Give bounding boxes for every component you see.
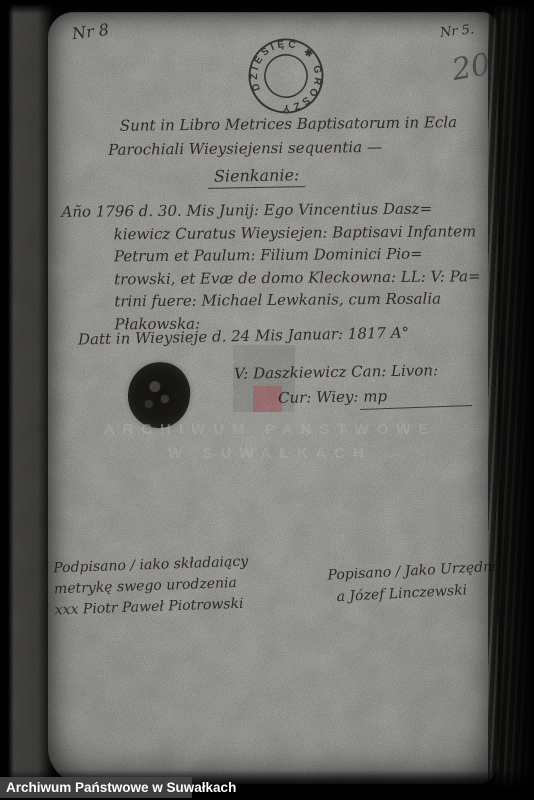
- signature-line-2: Cur: Wiey: mp: [278, 387, 387, 407]
- intro-line: Parochiali Wieysiejensi sequentia —: [108, 134, 457, 162]
- body-line: Petrum et Paulum: Filium Dominici Pio=: [62, 242, 481, 268]
- archival-scan-photo: Nr 8 Nr 5. 20 DZIESIĘĆ ✱ GROSZY Sunt in …: [0, 0, 534, 800]
- photo-top-shadow: [0, 0, 534, 14]
- body-line: Año 1796 d. 30. Mis Junij: Ego Vincentiu…: [61, 197, 480, 223]
- note-left: Podpisano / iako składaiący metrykę sweg…: [53, 552, 250, 622]
- body-line: trini fuere: Michael Lewkanis, cum Rosal…: [62, 287, 481, 313]
- record-intro: Sunt in Libro Metrices Baptisatorum in E…: [108, 110, 458, 162]
- archive-caption-text: Archiwum Państwowe w Suwałkach: [6, 780, 236, 795]
- archive-watermark: ARCHIWUM PAŃSTWOWE W SUWAŁKACH: [60, 418, 480, 466]
- intro-line: Sunt in Libro Metrices Baptisatorum in E…: [108, 110, 457, 138]
- archive-caption-bar: Archiwum Państwowe w Suwałkach: [0, 777, 192, 798]
- book-page-edges: [488, 0, 534, 800]
- record-heading: Sienkanie:: [208, 165, 306, 189]
- watermark-line: ARCHIWUM PAŃSTWOWE: [60, 418, 480, 442]
- signature-line-1: V: Daszkiewicz Can: Livon:: [234, 361, 438, 383]
- watermark-line: W SUWAŁKACH: [60, 442, 480, 466]
- pencil-folio-number: 20: [449, 47, 493, 88]
- record-body: Año 1796 d. 30. Mis Junij: Ego Vincentiu…: [61, 197, 481, 336]
- note-right: Popisano / Jako Urzędnik a Józef Linczew…: [327, 555, 507, 608]
